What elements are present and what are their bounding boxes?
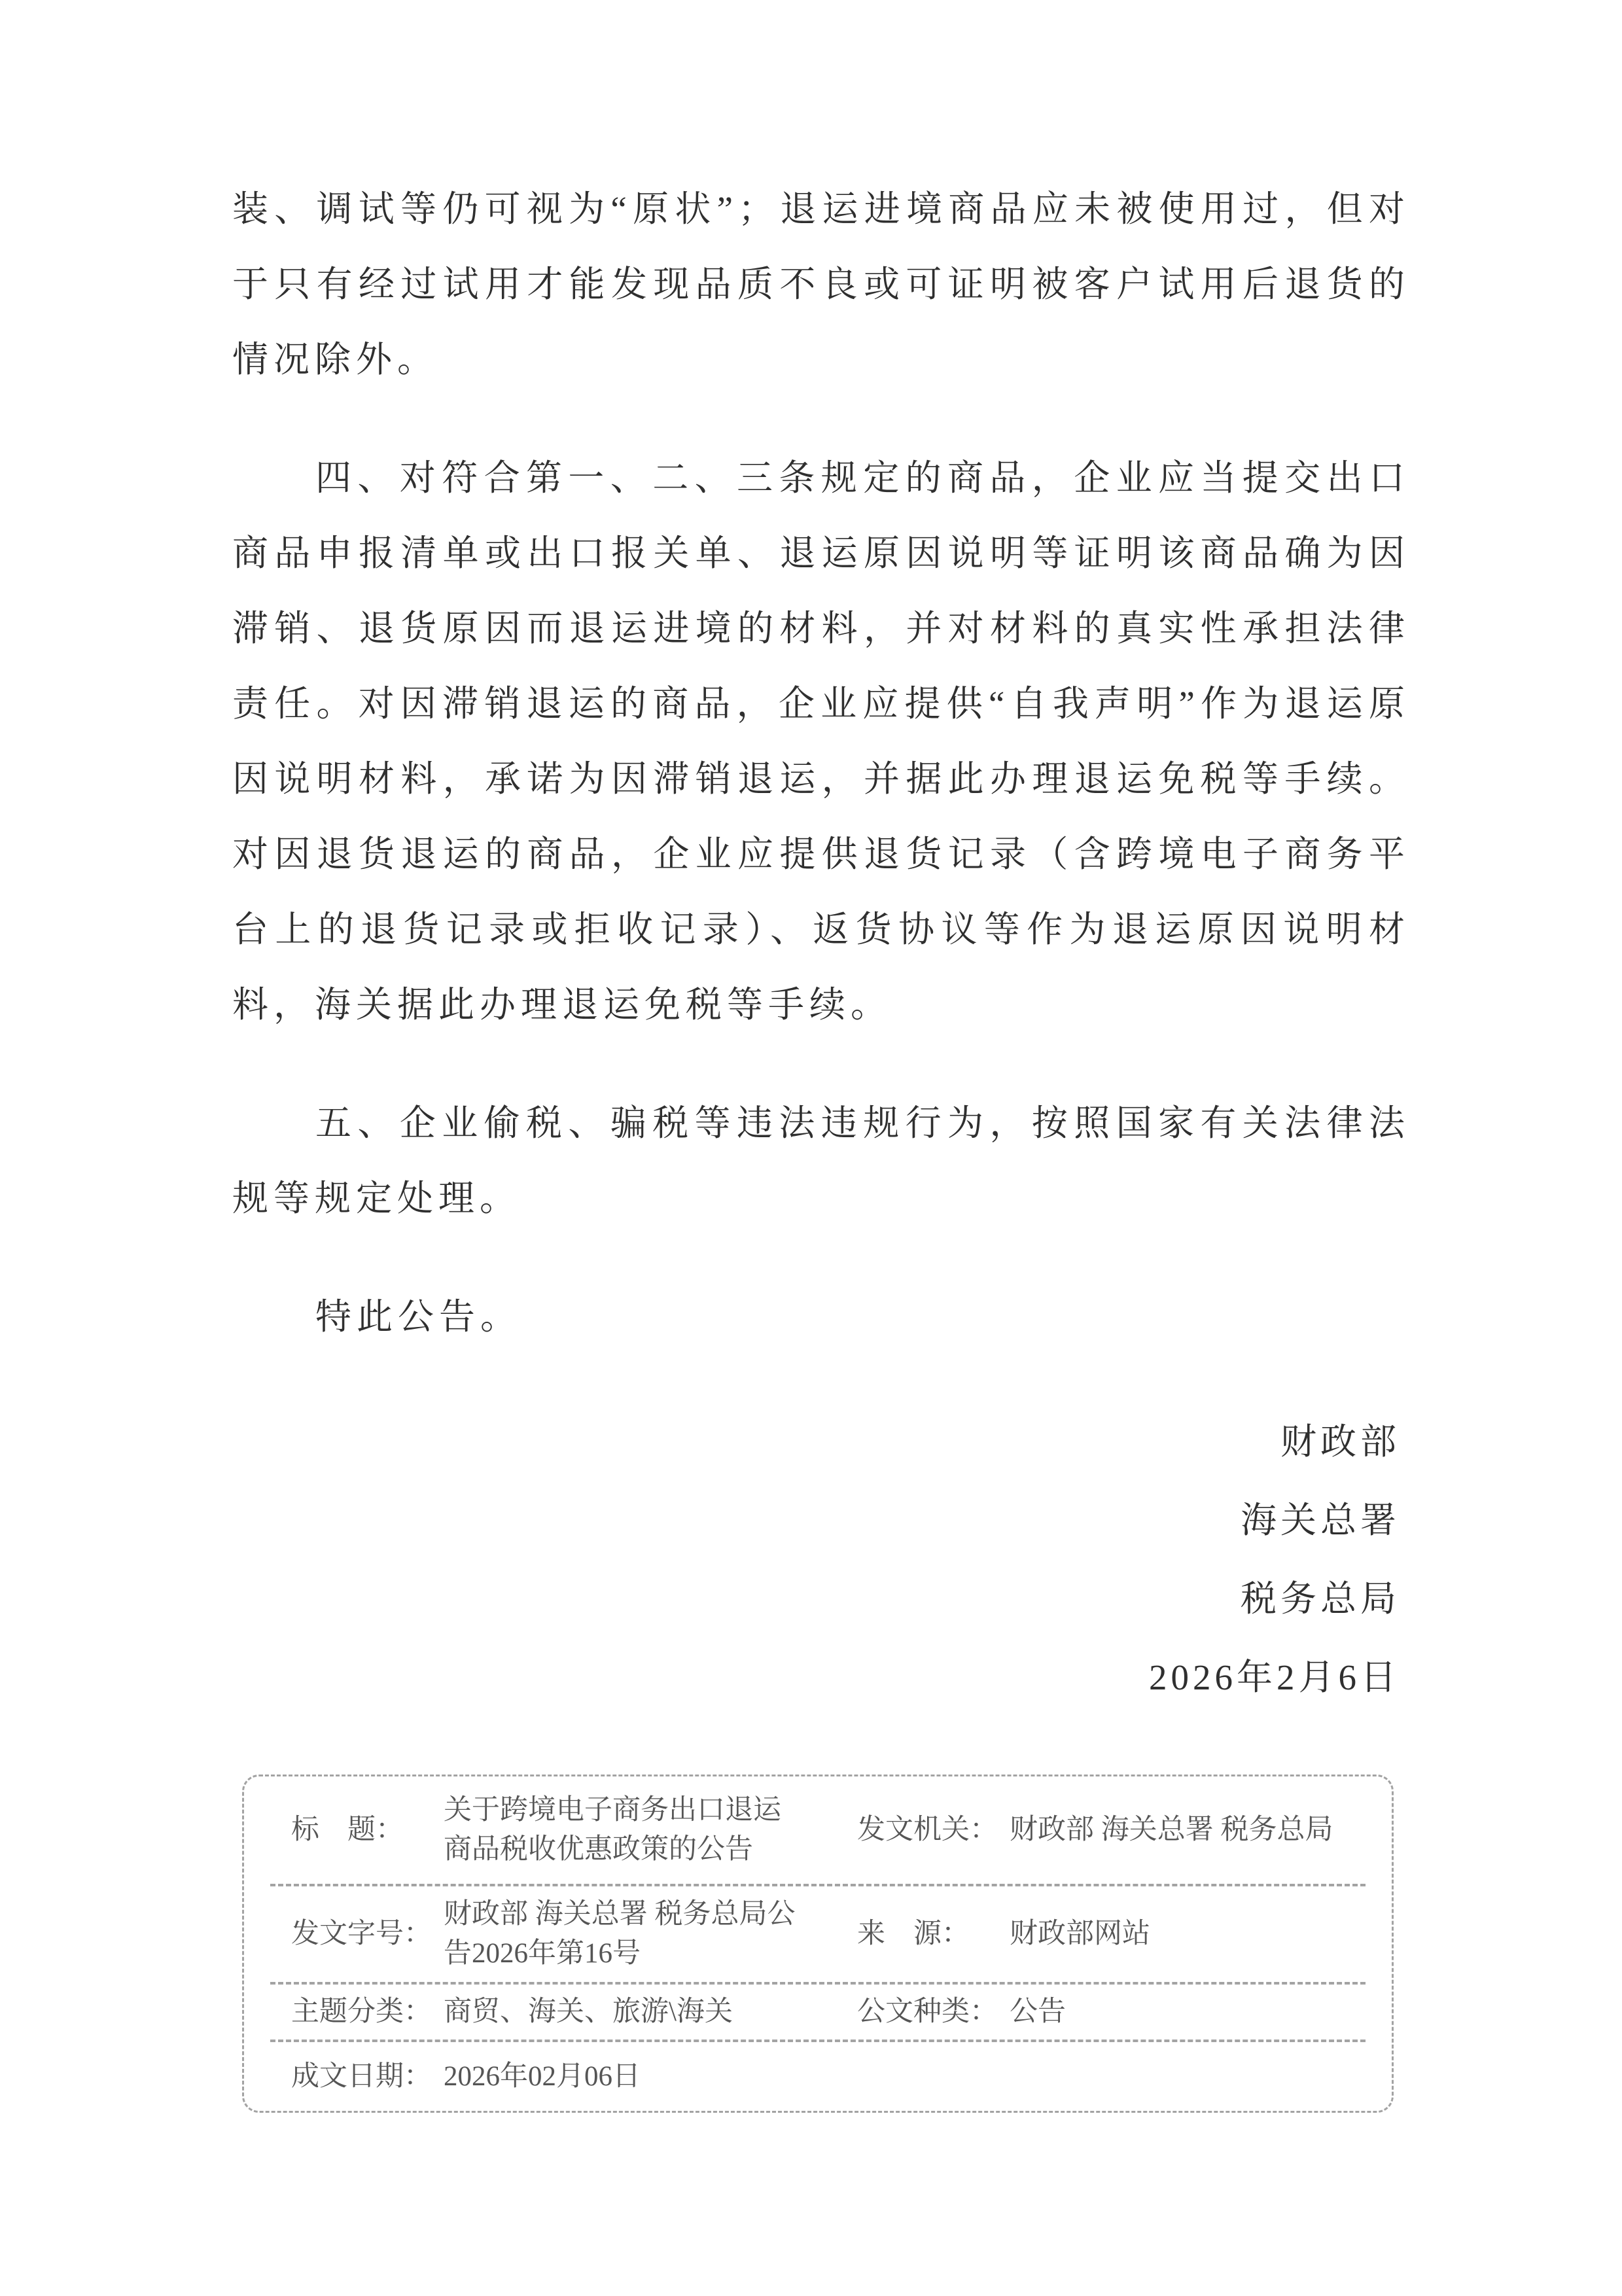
meta-cell-document-number: 发文字号： 财政部 海关总署 税务总局公告2026年第16号 [270, 1895, 857, 1973]
signature-date: 2026年2月6日 [232, 1638, 1400, 1717]
signature-block: 财政部 海关总署 税务总局 2026年2月6日 [232, 1403, 1410, 1717]
meta-row-issue-date: 成文日期： 2026年02月06日 [270, 2042, 1366, 2111]
meta-label-issue-date: 成文日期： [291, 2057, 444, 2096]
metadata-table: 标 题： 关于跨境电子商务出口退运商品税收优惠政策的公告 发文机关： 财政部 海… [242, 1775, 1394, 2113]
meta-label-document-number: 发文字号： [291, 1915, 444, 1954]
meta-value-subject-category: 商贸、海关、旅游\海关 [444, 1992, 800, 2032]
meta-label-subject-category: 主题分类： [291, 1992, 444, 2032]
meta-value-document-type: 公告 [1010, 1992, 1366, 2032]
meta-row-document-number: 发文字号： 财政部 海关总署 税务总局公告2026年第16号 来 源： 财政部网… [270, 1886, 1366, 1985]
meta-label-source: 来 源： [857, 1915, 1010, 1954]
document-page: 装、调试等仍可视为“原状”；退运进境商品应未被使用过，但对于只有经过试用才能发现… [0, 0, 1622, 2296]
meta-value-document-number: 财政部 海关总署 税务总局公告2026年第16号 [444, 1895, 800, 1973]
signature-org-2: 海关总署 [232, 1481, 1400, 1560]
meta-cell-subject-category: 主题分类： 商贸、海关、旅游\海关 [270, 1992, 857, 2032]
meta-label-document-type: 公文种类： [857, 1992, 1010, 2032]
document-body: 装、调试等仍可视为“原状”；退运进境商品应未被使用过，但对于只有经过试用才能发现… [232, 171, 1410, 1717]
meta-cell-source: 来 源： 财政部网站 [857, 1915, 1366, 1954]
meta-row-title: 标 题： 关于跨境电子商务出口退运商品税收优惠政策的公告 发文机关： 财政部 海… [270, 1776, 1366, 1886]
meta-cell-issuing-agency: 发文机关： 财政部 海关总署 税务总局 [857, 1810, 1366, 1850]
meta-value-issue-date: 2026年02月06日 [444, 2057, 800, 2096]
signature-org-3: 税务总局 [232, 1560, 1400, 1638]
meta-cell-issue-date: 成文日期： 2026年02月06日 [270, 2057, 857, 2096]
meta-value-source: 财政部网站 [1010, 1915, 1366, 1954]
signature-org-1: 财政部 [232, 1403, 1400, 1481]
paragraph-continuation: 装、调试等仍可视为“原状”；退运进境商品应未被使用过，但对于只有经过试用才能发现… [232, 171, 1410, 397]
meta-value-issuing-agency: 财政部 海关总署 税务总局 [1010, 1810, 1366, 1850]
meta-cell-title: 标 题： 关于跨境电子商务出口退运商品税收优惠政策的公告 [270, 1791, 857, 1869]
meta-cell-document-type: 公文种类： 公告 [857, 1992, 1366, 2032]
paragraph-closing: 特此公告。 [232, 1279, 1410, 1354]
paragraph-article-5: 五、企业偷税、骗税等违法违规行为，按照国家有关法律法规等规定处理。 [232, 1086, 1410, 1236]
paragraph-article-4: 四、对符合第一、二、三条规定的商品，企业应当提交出口商品申报清单或出口报关单、退… [232, 440, 1410, 1042]
meta-row-subject-category: 主题分类： 商贸、海关、旅游\海关 公文种类： 公告 [270, 1985, 1366, 2042]
meta-label-issuing-agency: 发文机关： [857, 1810, 1010, 1850]
meta-label-title: 标 题： [291, 1810, 444, 1850]
meta-value-title: 关于跨境电子商务出口退运商品税收优惠政策的公告 [444, 1791, 800, 1869]
